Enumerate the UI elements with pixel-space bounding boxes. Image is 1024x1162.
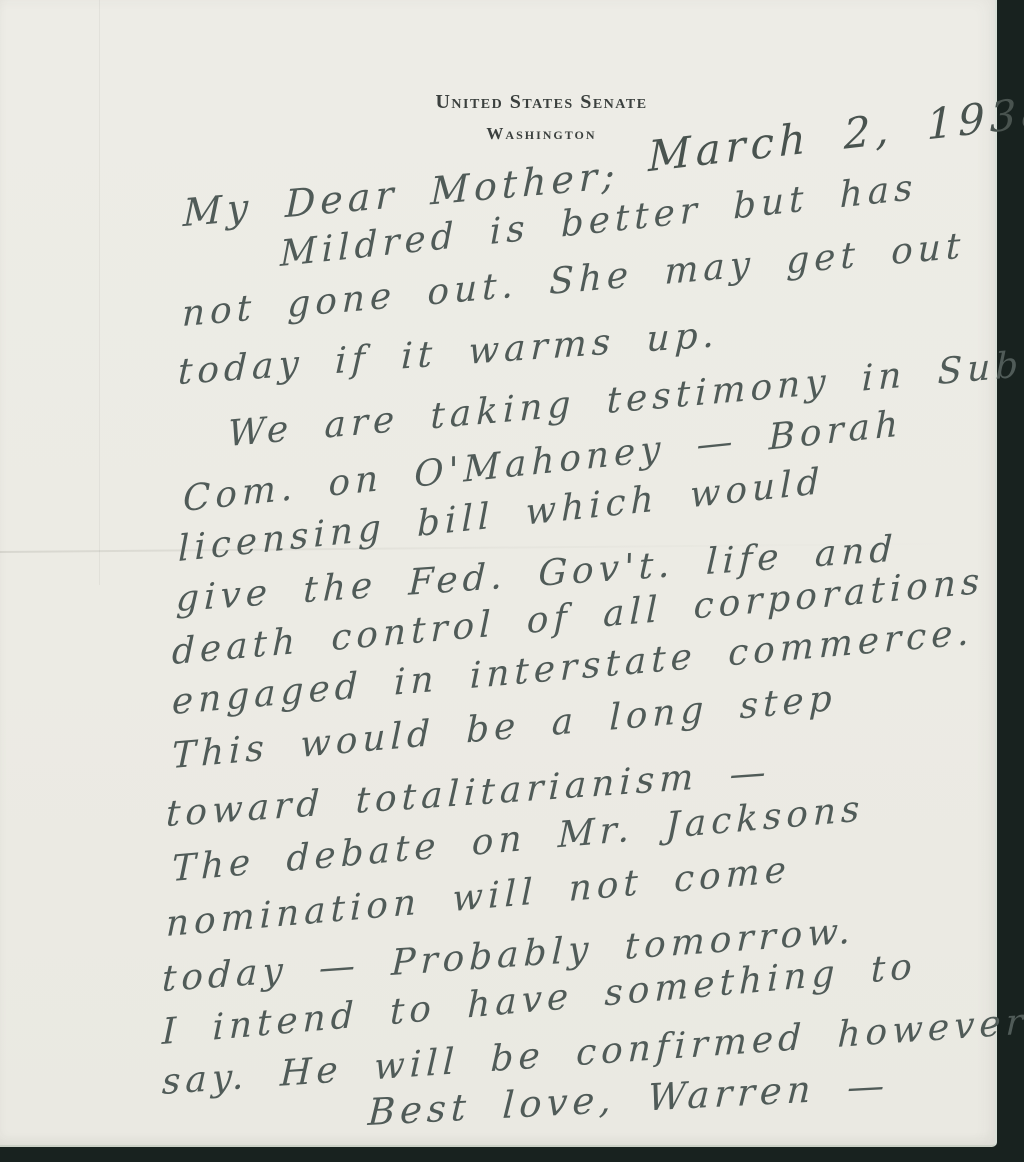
letter-paper: United States Senate Washington March 2,… xyxy=(0,0,997,1147)
scan-background: United States Senate Washington March 2,… xyxy=(0,0,1024,1162)
vertical-fold-crease xyxy=(99,0,100,585)
